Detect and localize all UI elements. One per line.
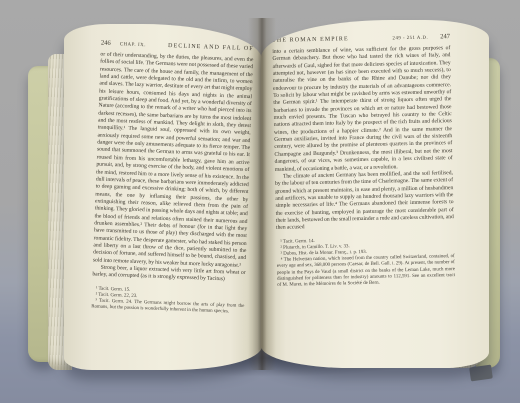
book-cover-corner (469, 365, 493, 382)
chapter-label: CHAP. IX. (120, 42, 146, 48)
right-page-content: THE ROMAN EMPIRE 249 - 251 A.D. 247 into… (272, 33, 455, 289)
right-page-number: 247 (440, 33, 450, 40)
left-page-content: 246 CHAP. IX. DECLINE AND FALL OF or of … (91, 40, 254, 317)
left-page-header: 246 CHAP. IX. DECLINE AND FALL OF (101, 40, 254, 53)
left-page: 246 CHAP. IX. DECLINE AND FALL OF or of … (64, 24, 262, 370)
left-page-body-text: or of their understanding, by the duties… (92, 52, 253, 285)
right-page: THE ROMAN EMPIRE 249 - 251 A.D. 247 into… (261, 20, 489, 368)
open-book: 246 CHAP. IX. DECLINE AND FALL OF or of … (24, 14, 504, 390)
right-page-footnotes: ¹ Tacit. Germ. 14.² Plutarch, in Camillo… (276, 236, 455, 289)
left-page-number: 246 (101, 40, 111, 47)
left-page-footnotes: ¹ Tacit. Germ. 15.² Tacit. Germ. 22, 23.… (91, 286, 245, 316)
right-page-header: THE ROMAN EMPIRE 249 - 251 A.D. 247 (272, 33, 450, 44)
right-running-title: THE ROMAN EMPIRE (272, 36, 349, 44)
photo-backdrop: 246 CHAP. IX. DECLINE AND FALL OF or of … (0, 0, 520, 403)
date-range: 249 - 251 A.D. (392, 36, 428, 42)
left-running-title: DECLINE AND FALL OF (168, 43, 254, 52)
right-page-body-text: into a certain semblance of wine, was su… (272, 45, 454, 232)
